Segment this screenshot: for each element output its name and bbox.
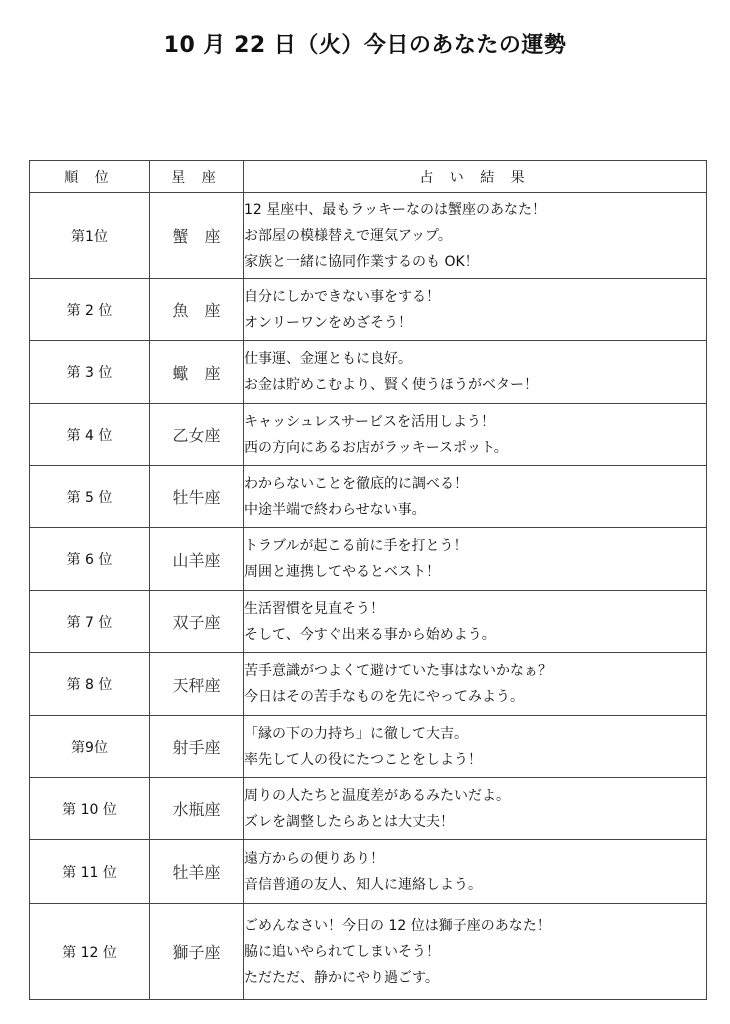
fortune-line: 「縁の下の力持ち」に徹して大吉。 [244, 721, 706, 747]
zodiac-sign-cell: 牡羊座 [150, 840, 244, 904]
fortune-result-cell: 苦手意識がつよくて避けていた事はないかなぁ？今日はその苦手なものを先にやってみよ… [244, 653, 707, 716]
zodiac-sign-cell: 魚 座 [150, 279, 244, 341]
zodiac-sign-cell: 天秤座 [150, 653, 244, 716]
zodiac-sign-cell: 水瓶座 [150, 778, 244, 840]
rank-cell: 第9位 [30, 716, 150, 778]
fortune-line: トラブルが起こる前に手を打とう！ [244, 533, 706, 559]
fortune-line: 12 星座中、最もラッキーなのは蟹座のあなた！ [244, 197, 706, 223]
table-row: 第 7 位双子座生活習慣を見直そう！そして、今すぐ出来る事から始めよう。 [30, 591, 707, 653]
table-row: 第 10 位水瓶座周りの人たちと温度差があるみたいだよ。ズレを調整したらあとは大… [30, 778, 707, 840]
fortune-line: 仕事運、金運ともに良好。 [244, 346, 706, 372]
fortune-line: お金は貯めこむより、賢く使うほうがベター！ [244, 372, 706, 398]
rank-cell: 第 10 位 [30, 778, 150, 840]
rank-cell: 第 8 位 [30, 653, 150, 716]
fortune-result-cell: ごめんなさい！今日の 12 位は獅子座のあなた！脇に追いやられてしまいそう！ただ… [244, 904, 707, 1000]
table-row: 第 12 位獅子座ごめんなさい！今日の 12 位は獅子座のあなた！脇に追いやられ… [30, 904, 707, 1000]
fortune-line: 音信普通の友人、知人に連絡しよう。 [244, 872, 706, 898]
zodiac-sign-cell: 牡牛座 [150, 466, 244, 528]
table-header-row: 順 位 星 座 占 い 結 果 [30, 161, 707, 193]
rank-cell: 第 12 位 [30, 904, 150, 1000]
fortune-line: 周囲と連携してやるとベスト！ [244, 559, 706, 585]
fortune-line: オンリーワンをめざそう！ [244, 310, 706, 336]
table-body: 第1位蟹 座12 星座中、最もラッキーなのは蟹座のあなた！お部屋の模様替えで運気… [30, 193, 707, 1000]
zodiac-sign-cell: 蟹 座 [150, 193, 244, 279]
fortune-line: 西の方向にあるお店がラッキースポット。 [244, 435, 706, 461]
fortune-result-cell: キャッシュレスサービスを活用しよう！西の方向にあるお店がラッキースポット。 [244, 404, 707, 466]
table-row: 第1位蟹 座12 星座中、最もラッキーなのは蟹座のあなた！お部屋の模様替えで運気… [30, 193, 707, 279]
fortune-line: 周りの人たちと温度差があるみたいだよ。 [244, 783, 706, 809]
header-sign: 星 座 [150, 161, 244, 193]
fortune-line: 遠方からの便りあり！ [244, 846, 706, 872]
fortune-line: 今日はその苦手なものを先にやってみよう。 [244, 684, 706, 710]
fortune-result-cell: トラブルが起こる前に手を打とう！周囲と連携してやるとベスト！ [244, 528, 707, 591]
rank-cell: 第 7 位 [30, 591, 150, 653]
page-title: 10 月 22 日（火）今日のあなたの運勢 [0, 28, 730, 59]
fortune-line: 生活習慣を見直そう！ [244, 596, 706, 622]
zodiac-sign-cell: 蠍 座 [150, 341, 244, 404]
zodiac-sign-cell: 山羊座 [150, 528, 244, 591]
fortune-line: 中途半端で終わらせない事。 [244, 497, 706, 523]
rank-cell: 第 11 位 [30, 840, 150, 904]
rank-cell: 第 4 位 [30, 404, 150, 466]
fortune-result-cell: 周りの人たちと温度差があるみたいだよ。ズレを調整したらあとは大丈夫！ [244, 778, 707, 840]
fortune-result-cell: 仕事運、金運ともに良好。お金は貯めこむより、賢く使うほうがベター！ [244, 341, 707, 404]
fortune-result-cell: わからないことを徹底的に調べる！中途半端で終わらせない事。 [244, 466, 707, 528]
table-row: 第 6 位山羊座トラブルが起こる前に手を打とう！周囲と連携してやるとベスト！ [30, 528, 707, 591]
table-row: 第 5 位牡牛座わからないことを徹底的に調べる！中途半端で終わらせない事。 [30, 466, 707, 528]
header-rank: 順 位 [30, 161, 150, 193]
table-row: 第9位射手座「縁の下の力持ち」に徹して大吉。率先して人の役にたつことをしよう！ [30, 716, 707, 778]
fortune-line: ただただ、静かにやり過ごす。 [244, 965, 706, 991]
fortune-line: 家族と一緒に協同作業するのも OK！ [244, 249, 706, 275]
rank-cell: 第 3 位 [30, 341, 150, 404]
rank-cell: 第 6 位 [30, 528, 150, 591]
header-result: 占 い 結 果 [244, 161, 707, 193]
fortune-line: 率先して人の役にたつことをしよう！ [244, 747, 706, 773]
fortune-line: 脇に追いやられてしまいそう！ [244, 939, 706, 965]
fortune-line: わからないことを徹底的に調べる！ [244, 471, 706, 497]
fortune-line: ごめんなさい！今日の 12 位は獅子座のあなた！ [244, 913, 706, 939]
fortune-result-cell: 「縁の下の力持ち」に徹して大吉。率先して人の役にたつことをしよう！ [244, 716, 707, 778]
zodiac-sign-cell: 乙女座 [150, 404, 244, 466]
fortune-line: お部屋の模様替えで運気アップ。 [244, 223, 706, 249]
rank-cell: 第1位 [30, 193, 150, 279]
table-row: 第 3 位蠍 座仕事運、金運ともに良好。お金は貯めこむより、賢く使うほうがベター… [30, 341, 707, 404]
fortune-line: 自分にしかできない事をする！ [244, 284, 706, 310]
zodiac-sign-cell: 獅子座 [150, 904, 244, 1000]
zodiac-sign-cell: 双子座 [150, 591, 244, 653]
fortune-line: 苦手意識がつよくて避けていた事はないかなぁ？ [244, 658, 706, 684]
table-row: 第 8 位天秤座苦手意識がつよくて避けていた事はないかなぁ？今日はその苦手なもの… [30, 653, 707, 716]
table-row: 第 4 位乙女座キャッシュレスサービスを活用しよう！西の方向にあるお店がラッキー… [30, 404, 707, 466]
fortune-line: そして、今すぐ出来る事から始めよう。 [244, 622, 706, 648]
table-row: 第 2 位魚 座自分にしかできない事をする！オンリーワンをめざそう！ [30, 279, 707, 341]
table-row: 第 11 位牡羊座遠方からの便りあり！音信普通の友人、知人に連絡しよう。 [30, 840, 707, 904]
fortune-result-cell: 12 星座中、最もラッキーなのは蟹座のあなた！お部屋の模様替えで運気アップ。家族… [244, 193, 707, 279]
fortune-table: 順 位 星 座 占 い 結 果 第1位蟹 座12 星座中、最もラッキーなのは蟹座… [29, 160, 707, 1000]
rank-cell: 第 5 位 [30, 466, 150, 528]
fortune-line: ズレを調整したらあとは大丈夫！ [244, 809, 706, 835]
fortune-result-cell: 自分にしかできない事をする！オンリーワンをめざそう！ [244, 279, 707, 341]
rank-cell: 第 2 位 [30, 279, 150, 341]
fortune-result-cell: 生活習慣を見直そう！そして、今すぐ出来る事から始めよう。 [244, 591, 707, 653]
zodiac-sign-cell: 射手座 [150, 716, 244, 778]
fortune-result-cell: 遠方からの便りあり！音信普通の友人、知人に連絡しよう。 [244, 840, 707, 904]
fortune-line: キャッシュレスサービスを活用しよう！ [244, 409, 706, 435]
